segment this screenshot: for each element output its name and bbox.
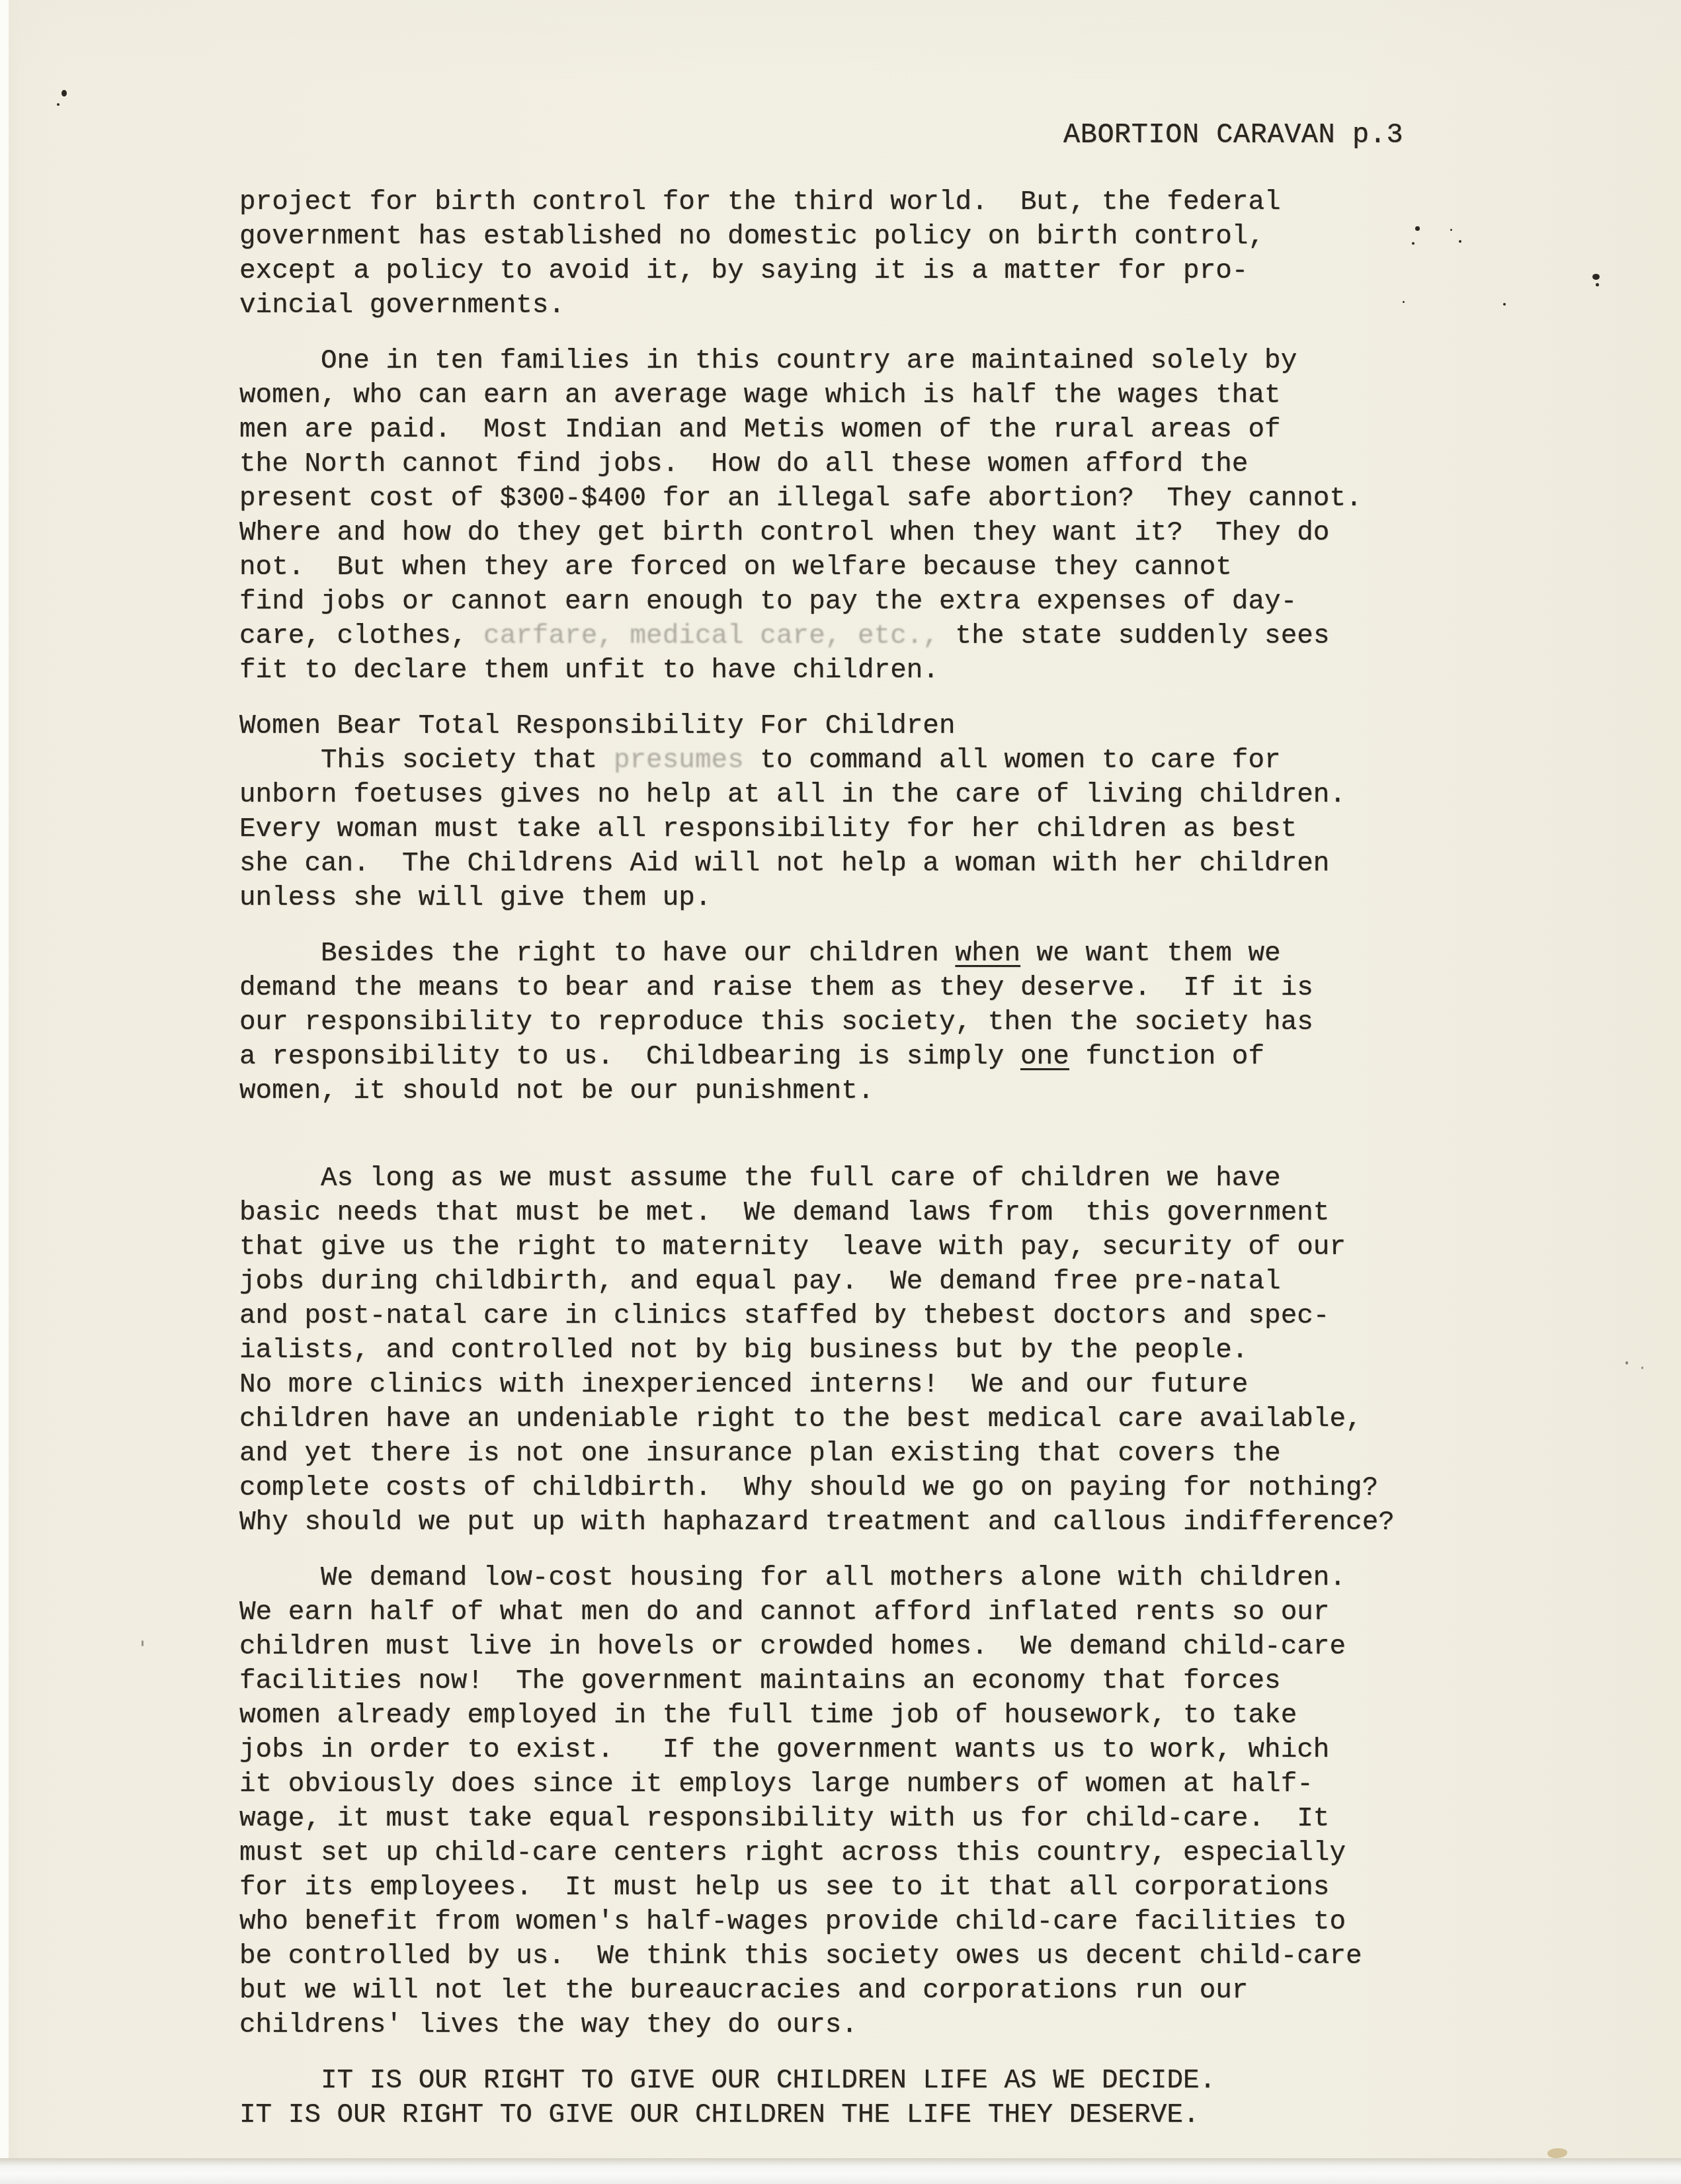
ink-speck [1596,283,1599,286]
page-header: ABORTION CARAVAN p.3 [1063,119,1403,151]
ink-speck [1503,303,1506,306]
paragraph-as-long: As long as we must assume the full care … [239,1161,1395,1540]
scanner-edge-bottom [0,2158,1681,2184]
ink-speck [1450,229,1452,231]
ink-speck [1459,240,1461,243]
ink-speck [1641,1366,1643,1369]
scanned-typewritten-page: ABORTION CARAVAN p.3 project for birth c… [0,0,1681,2184]
paragraph-continuation: project for birth control for the third … [239,185,1395,323]
paragraph-we-demand: We demand low-cost housing for all mothe… [239,1561,1395,2042]
paper-stain [1547,2148,1567,2158]
ink-speck [142,1640,143,1646]
scanner-edge-left [0,0,9,2184]
ink-speck [1415,226,1420,231]
ink-speck [1592,274,1600,280]
section-heading: Women Bear Total Responsibility For Chil… [239,709,1395,743]
ink-speck [1403,301,1405,303]
closing-statement: IT IS OUR RIGHT TO GIVE OUR CHILDREN LIF… [239,2064,1395,2132]
paragraph-besides: Besides the right to have our children w… [239,937,1395,1109]
paragraph-one-in-ten: One in ten families in this country are … [239,344,1395,688]
ink-speck [61,90,67,97]
ink-speck [57,103,60,106]
paragraph-this-society: This society that presumes to command al… [239,743,1395,915]
ink-speck [1412,242,1414,245]
ink-speck [1625,1361,1628,1365]
document-body: project for birth control for the third … [239,185,1395,2132]
